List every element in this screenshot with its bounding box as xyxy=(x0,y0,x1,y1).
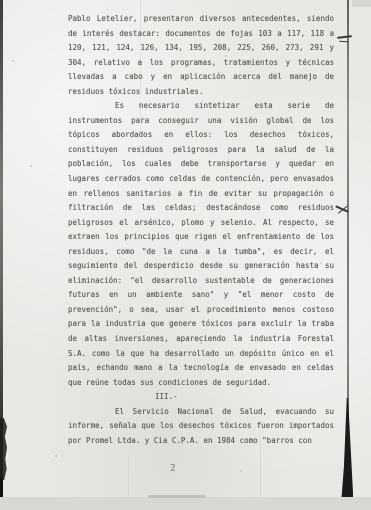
paper-crease xyxy=(140,0,141,130)
section-heading: III.- xyxy=(68,390,334,405)
scan-smudge-bottom xyxy=(148,495,206,498)
scan-edge-blotch-left xyxy=(0,418,7,480)
document-paragraph: El Servicio Nacional de Salud, evacuando… xyxy=(68,405,334,449)
document-paragraph: Pablo Letelier, presentaron diversos ant… xyxy=(68,12,334,99)
paper-crease xyxy=(260,428,261,497)
document-text: Pablo Letelier, presentaron diversos ant… xyxy=(68,12,334,448)
document-paragraph: Es necesario sintetizar esta serie de in… xyxy=(68,99,334,390)
scanned-document-page: Pablo Letelier, presentaron diversos ant… xyxy=(0,0,371,510)
scan-noise-specks xyxy=(0,0,2,2)
scan-corner-mark-bottom-left xyxy=(0,478,3,497)
scan-background-band-bottom xyxy=(0,497,371,510)
handwritten-mark-top xyxy=(337,35,352,38)
paper-crease xyxy=(128,455,129,497)
page-number: 2 xyxy=(170,463,176,474)
scan-wedge-artifact-bottom-right xyxy=(340,398,353,497)
scan-shadow-top-right xyxy=(352,0,371,7)
